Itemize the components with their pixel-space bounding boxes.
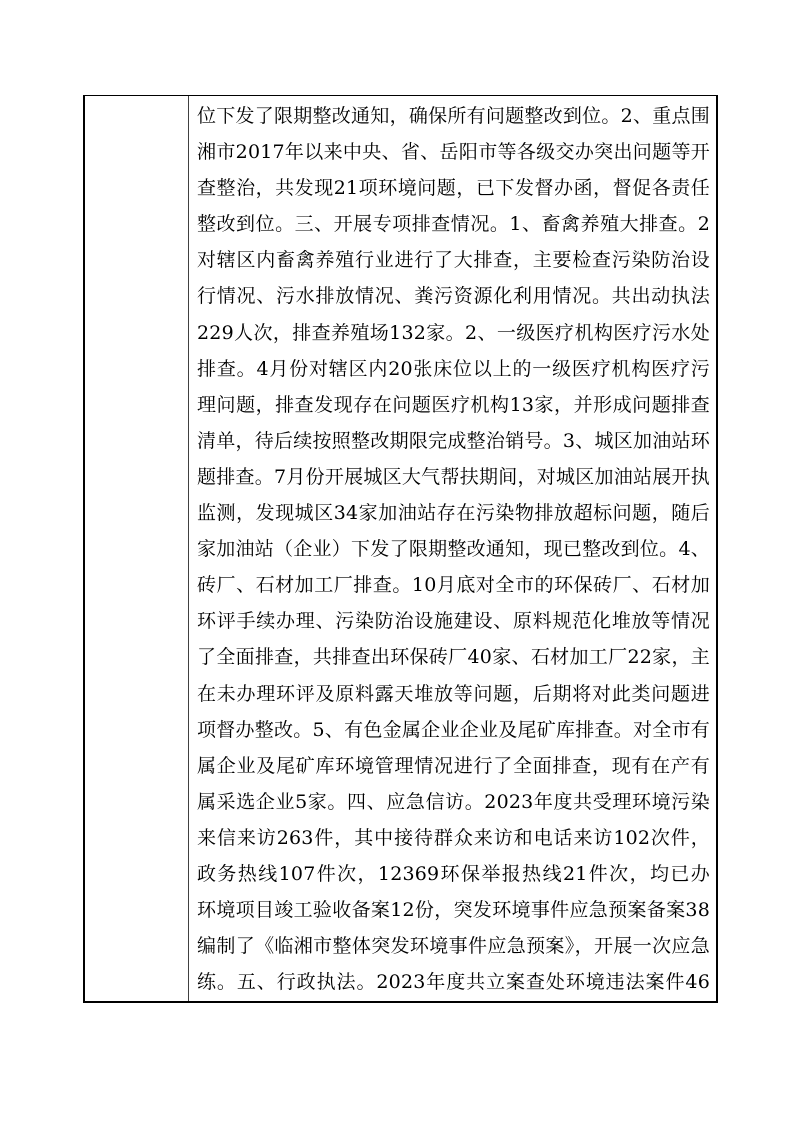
- text-line: 在未办理环评及原料露天堆放等问题，后期将对此类问题进行专: [197, 676, 710, 712]
- text-line: 位下发了限期整改通知，确保所有问题整改到位。2、重点围绕临: [197, 98, 710, 134]
- text-line: 项督办整改。5、有色金属企业企业及尾矿库排查。对全市有色金: [197, 712, 710, 748]
- text-line: 229人次，排查养殖场132家。2、一级医疗机构医疗污水处理问题: [197, 315, 710, 351]
- text-line: 理问题，排查发现存在问题医疗机构13家，并形成问题排查整治: [197, 387, 710, 423]
- text-line: 环评手续办理、污染防治设施建设、原料规范化堆放等情况进行: [197, 603, 710, 639]
- text-line: 砖厂、石材加工厂排查。10月底对全市的环保砖厂、石材加工厂: [197, 567, 710, 603]
- text-line: 政务热线107件次，12369环保举报热线21件次，均已办结。完成: [197, 856, 710, 892]
- table-label-cell: [85, 96, 189, 1001]
- text-line: 查整治，共发现21项环境问题，已下发督办函，督促各责任单位: [197, 170, 710, 206]
- text-line: 题排查。7月份开展城区大气帮扶期间，对城区加油站展开执法: [197, 459, 710, 495]
- text-line: 清单，待后续按照整改期限完成整治销号。3、城区加油站环境问: [197, 423, 710, 459]
- table-content-cell: 位下发了限期整改通知，确保所有问题整改到位。2、重点围绕临 湘市2017年以来中…: [189, 96, 716, 1001]
- text-line: 来信来访263件，其中接待群众来访和电话来访102次件，12345: [197, 820, 710, 856]
- text-line: 编制了《临湘市整体突发环境事件应急预案》，开展一次应急演: [197, 928, 710, 964]
- text-line: 湘市2017年以来中央、省、岳阳市等各级交办突出问题等开展排: [197, 134, 710, 170]
- text-line: 行情况、污水排放情况、粪污资源化利用情况。共出动执法人员: [197, 278, 710, 314]
- text-line: 环境项目竣工验收备案12份，突发环境事件应急预案备案38份，: [197, 892, 710, 928]
- text-line: 整改到位。三、开展专项排查情况。1、畜禽养殖大排查。2月份: [197, 206, 710, 242]
- report-table: 位下发了限期整改通知，确保所有问题整改到位。2、重点围绕临 湘市2017年以来中…: [83, 95, 718, 1003]
- text-line: 对辖区内畜禽养殖行业进行了大排查，主要检查污染防治设施运: [197, 242, 710, 278]
- text-line: 排查。4月份对辖区内20张床位以上的一级医疗机构医疗污水处: [197, 351, 710, 387]
- text-line: 属采选企业5家。四、应急信访。2023年度共受理环境污染投诉、: [197, 784, 710, 820]
- text-line: 监测，发现城区34家加油站存在污染物排放超标问题，随后对34: [197, 495, 710, 531]
- text-line: 属企业及尾矿库环境管理情况进行了全面排查，现有在产有色金: [197, 748, 710, 784]
- text-line: 家加油站（企业）下发了限期整改通知，现已整改到位。4、环保: [197, 531, 710, 567]
- document-page: 位下发了限期整改通知，确保所有问题整改到位。2、重点围绕临 湘市2017年以来中…: [0, 0, 794, 1122]
- text-line: 练。五、行政执法。2023年度共立案查处环境违法案件46件，移: [197, 964, 710, 1000]
- text-line: 了全面排查，共排查出环保砖厂40家、石材加工厂22家，主要存: [197, 639, 710, 675]
